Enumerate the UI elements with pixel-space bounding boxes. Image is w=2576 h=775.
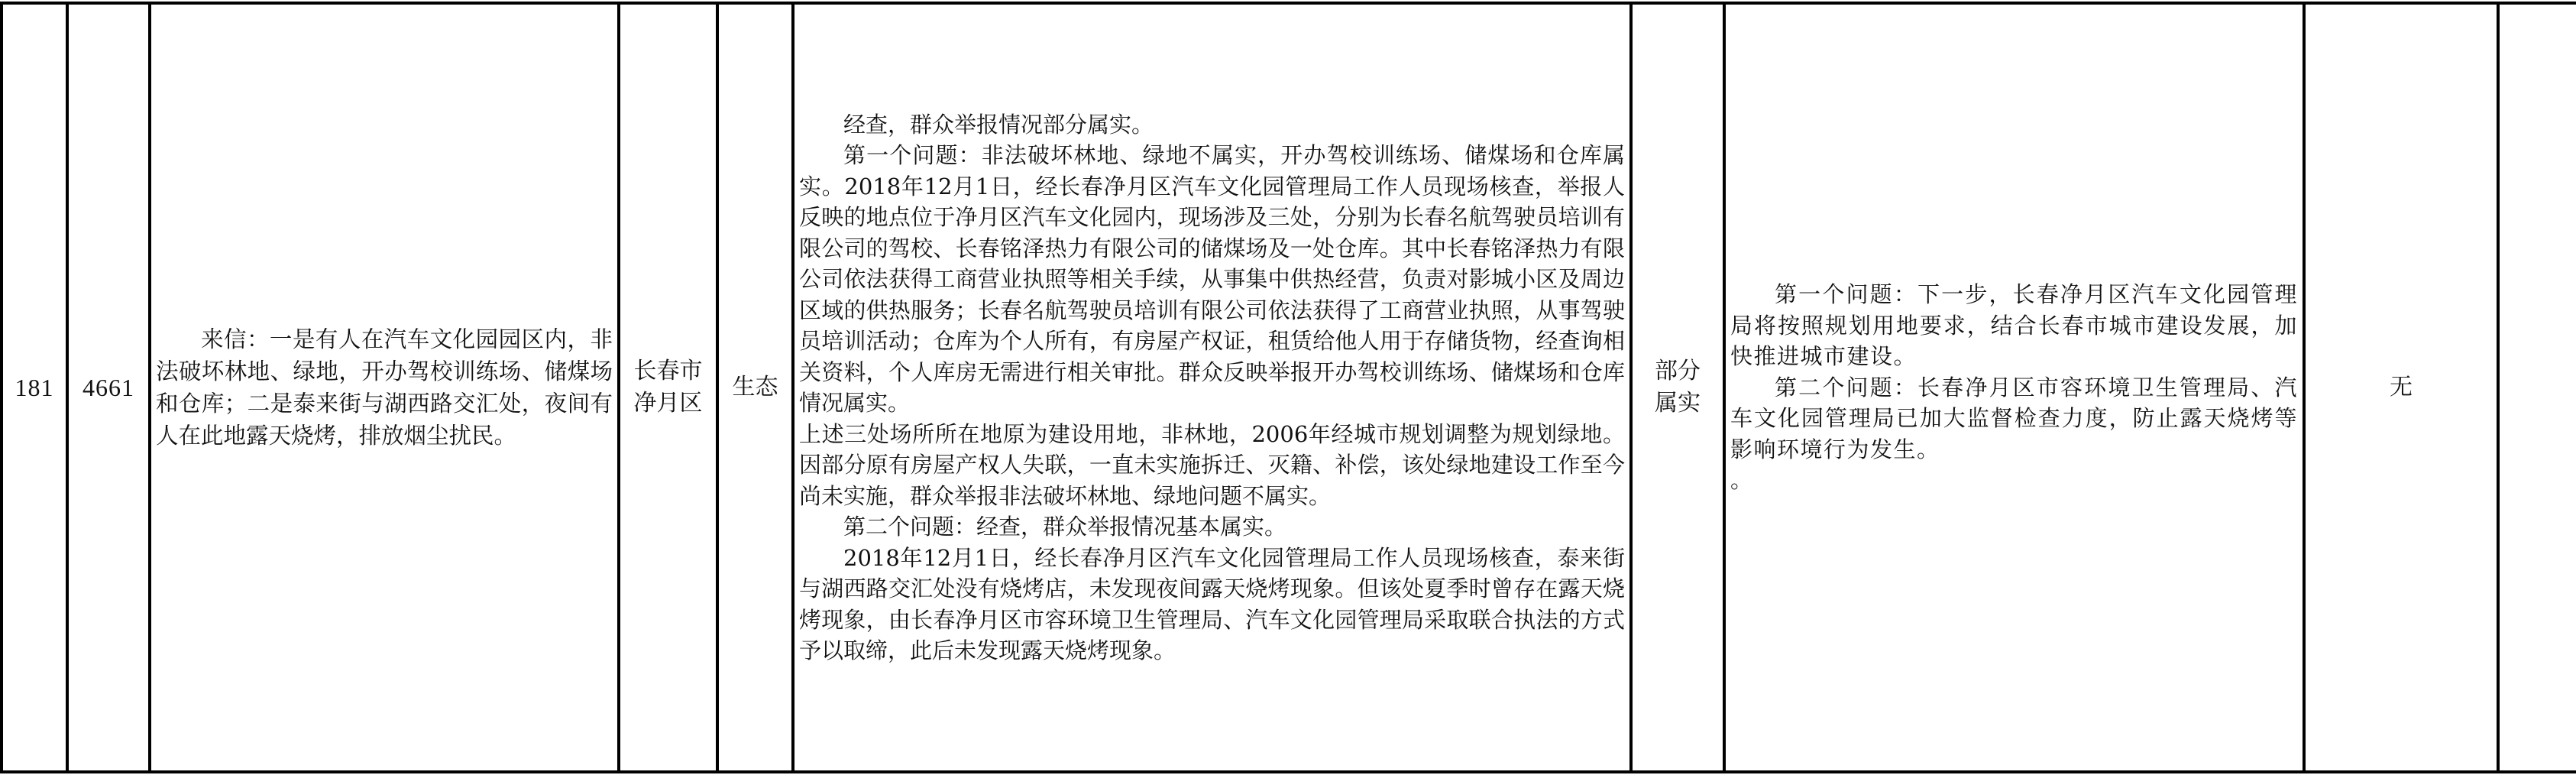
paragraph: 2018年12月1日，经长春净月区汽车文化园管理局工作人员现场核查，泰来街与湖西… [799,543,1625,666]
complaint-table: 181 4661 来信：一是有人在汽车文化园园区内，非法破坏林地、绿地，开办驾校… [0,2,2576,773]
paragraph: 上述三处场所所在地原为建设用地，非林地，2006年经城市规划调整为规划绿地。因部… [799,419,1625,512]
row-index-cell: 181 [0,5,66,770]
paragraph: 第一个问题：下一步，长春净月区汽车文化园管理局将按照规划用地要求，结合长春市城市… [1730,279,2298,372]
complaint-cell: 来信：一是有人在汽车文化园园区内，非法破坏林地、绿地，开办驾校训练场、储煤场和仓… [148,5,617,770]
paragraph: 第一个问题：非法破坏林地、绿地不属实，开办驾校训练场、储煤场和仓库属实。2018… [799,140,1625,419]
category-cell: 生态 [716,5,791,770]
case-id-cell: 4661 [66,5,148,770]
verdict-line-1: 部分 [1655,355,1701,387]
district-cell: 长春市 净月区 [617,5,716,770]
paragraph: 第二个问题：长春净月区市容环境卫生管理局、汽车文化园管理局已加大监督检查力度，防… [1730,372,2298,465]
findings-text: 经查，群众举报情况部分属实。第一个问题：非法破坏林地、绿地不属实，开办驾校训练场… [794,109,1629,666]
case-id: 4661 [83,374,134,402]
district-area: 净月区 [634,387,703,420]
verdict-cell: 部分 属实 [1629,5,1723,770]
last-cell [2497,5,2576,770]
accountability: 无 [2390,371,2413,404]
measures-text: 第一个问题：下一步，长春净月区汽车文化园管理局将按照规划用地要求，结合长春市城市… [1726,279,2303,496]
complaint-text: 来信：一是有人在汽车文化园园区内，非法破坏林地、绿地，开办驾校训练场、储煤场和仓… [156,323,613,452]
paragraph: 经查，群众举报情况部分属实。 [799,109,1625,141]
accountability-cell: 无 [2303,5,2497,770]
paragraph: 第二个问题：经查，群众举报情况基本属实。 [799,511,1625,543]
row-index: 181 [15,374,54,402]
verdict-line-2: 属实 [1655,387,1701,420]
findings-cell: 经查，群众举报情况部分属实。第一个问题：非法破坏林地、绿地不属实，开办驾校训练场… [791,5,1629,770]
category: 生态 [733,371,778,404]
measures-cell: 第一个问题：下一步，长春净月区汽车文化园管理局将按照规划用地要求，结合长春市城市… [1723,5,2303,770]
paragraph: 。 [1730,465,2298,496]
district-city: 长春市 [634,355,703,387]
